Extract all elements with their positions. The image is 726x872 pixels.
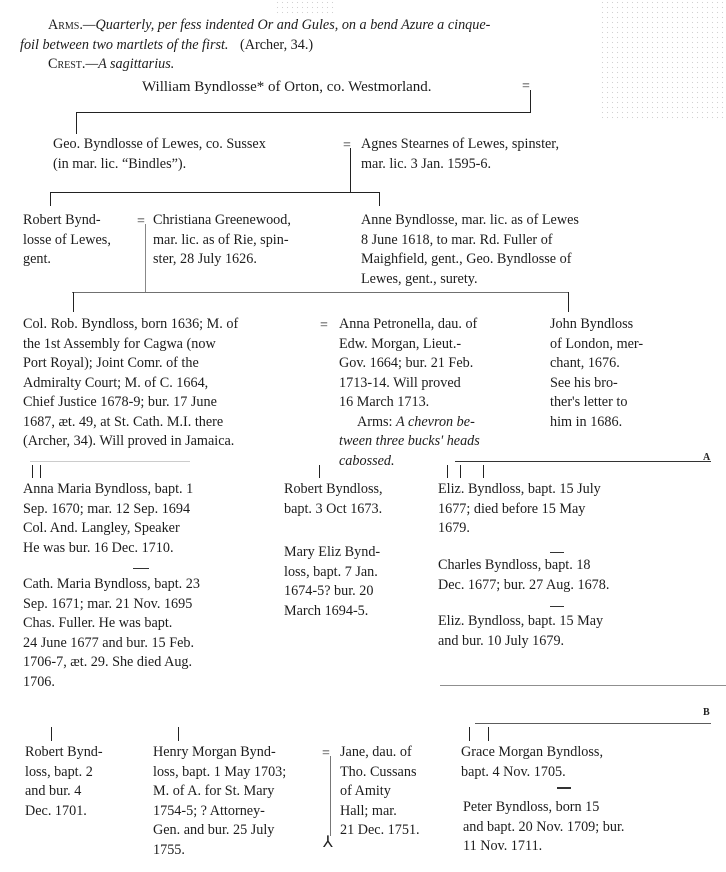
descent-line: [483, 465, 484, 478]
arms-label: Arms.: [48, 17, 83, 33]
descent-line: [379, 192, 380, 206]
sibling-bar: [50, 192, 380, 193]
robert-byndloss-1673: Robert Byndloss, bapt. 3 Oct 1673.: [284, 480, 424, 519]
descent-line: [319, 465, 320, 478]
progenitor-william: William Byndlosse* of Orton, co. Westmor…: [142, 78, 432, 98]
continuation-marker-b: B: [703, 707, 710, 718]
crest-blazon: —A sagittarius.: [85, 56, 174, 72]
descent-line: [40, 465, 41, 478]
peter-byndloss: Peter Byndloss, born 15 and bapt. 20 Nov…: [463, 798, 675, 857]
charles-byndloss: Charles Byndloss, bapt. 18 Dec. 1677; bu…: [438, 556, 666, 595]
issue-continues-icon: ⅄: [323, 836, 333, 850]
separator: [550, 552, 564, 553]
descent-line: [447, 465, 448, 478]
sibling-bar-faint: [440, 685, 726, 686]
arms-blazon-line2: foil between two martlets of the first.: [20, 37, 228, 53]
anna-arms-label: Arms:: [357, 414, 392, 430]
descent-line: [73, 292, 74, 312]
descent-line: [32, 465, 33, 478]
scan-noise: [275, 0, 335, 14]
col-rob-byndloss: Col. Rob. Byndloss, born 1636; M. of the…: [23, 315, 319, 452]
descent-line: [76, 112, 77, 134]
mary-eliz-byndloss: Mary Eliz Bynd- loss, bapt. 7 Jan. 1674-…: [284, 543, 420, 621]
descent-line: [488, 727, 489, 741]
sibling-bar: [72, 292, 569, 293]
descent-line: [568, 292, 569, 312]
descent-line: [145, 224, 146, 292]
descent-line: [469, 727, 470, 741]
sibling-bar-b: [475, 723, 711, 724]
separator: [133, 568, 149, 569]
grace-morgan-byndloss: Grace Morgan Byndloss, bapt. 4 Nov. 1705…: [461, 743, 676, 782]
marriage-symbol: =: [522, 80, 530, 94]
john-byndloss: John Byndloss of London, mer- chant, 167…: [550, 315, 670, 432]
descent-line: [330, 756, 331, 836]
descent-line: [178, 727, 179, 741]
christiana-greenewood: Christiana Greenewood, mar. lic. as of R…: [153, 211, 343, 270]
descent-line: [50, 192, 51, 206]
sibling-bar: [76, 112, 531, 113]
henry-morgan-byndloss: Henry Morgan Bynd- loss, bapt. 1 May 170…: [153, 743, 325, 860]
descent-line: [460, 465, 461, 478]
cath-maria-byndloss: Cath. Maria Byndloss, bapt. 23 Sep. 1671…: [23, 575, 265, 692]
marriage-symbol: =: [137, 215, 145, 229]
robert-byndlosse-lewes: Robert Bynd- losse of Lewes, gent.: [23, 211, 138, 270]
sibling-bar-left: [30, 461, 190, 462]
arms-source: (Archer, 34.): [240, 37, 313, 53]
descent-line: [530, 90, 531, 112]
robert-byndloss-1701: Robert Bynd- loss, bapt. 2 and bur. 4 De…: [25, 743, 133, 821]
crest-label: Crest.: [48, 56, 85, 72]
jane-cussans: Jane, dau. of Tho. Cussans of Amity Hall…: [340, 743, 450, 841]
separator: [557, 787, 571, 789]
geo-byndlosse: Geo. Byndlosse of Lewes, co. Sussex (in …: [53, 135, 348, 174]
arms-blazon-line1: —Quarterly, per fess indented Or and Gul…: [83, 17, 490, 33]
anne-byndlosse: Anne Byndlosse, mar. lic. as of Lewes 8 …: [361, 211, 663, 289]
descent-line: [350, 148, 351, 192]
anna-maria-byndloss: Anna Maria Byndloss, bapt. 1 Sep. 1670; …: [23, 480, 265, 558]
sibling-bar-a: [455, 461, 711, 462]
descent-line: [51, 727, 52, 741]
arms-block: Arms.—Quarterly, per fess indented Or an…: [20, 16, 700, 75]
eliz-byndloss-1677: Eliz. Byndloss, bapt. 15 July 1677; died…: [438, 480, 666, 539]
agnes-stearnes: Agnes Stearnes of Lewes, spinster, mar. …: [361, 135, 661, 174]
marriage-symbol: =: [320, 319, 328, 333]
separator: [550, 606, 564, 607]
anna-petronella: Anna Petronella, dau. of Edw. Morgan, Li…: [339, 315, 531, 471]
eliz-byndloss-1679: Eliz. Byndloss, bapt. 15 May and bur. 10…: [438, 612, 668, 651]
marriage-symbol: =: [322, 747, 330, 761]
